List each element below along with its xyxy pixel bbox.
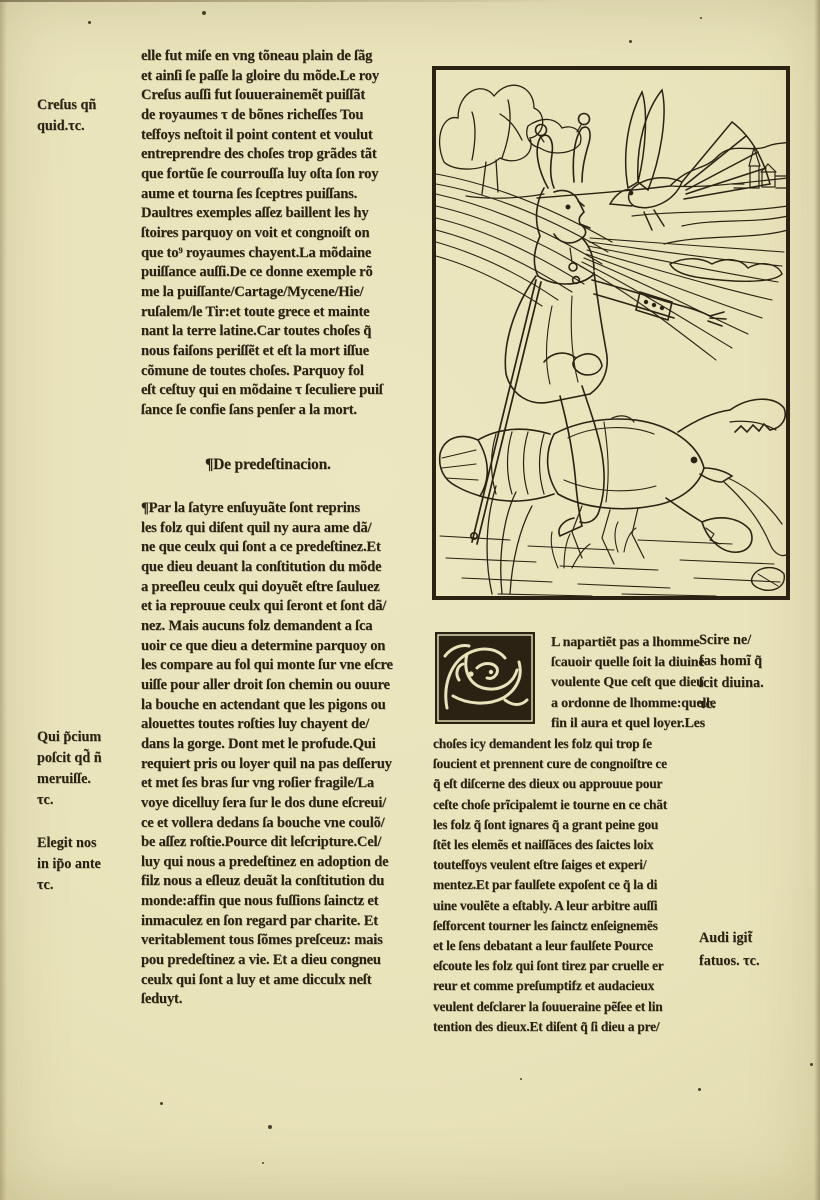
ink-speck	[160, 1102, 163, 1105]
main-text-paragraph-2: ¶Par la ſatyre enſuyuãte ſont reprinsles…	[141, 499, 443, 1010]
text-line: les folz qui diſent quil ny aura ame dã/	[141, 519, 443, 539]
text-line: alouettes toutes roſties luy chayent de/	[141, 715, 443, 735]
text-line: eſcoute les folz qui ſont tirez par crue…	[433, 956, 705, 976]
page-left-edge	[0, 0, 7, 1200]
text-line: me la puiſſante/Cartage/Mycene/Hie/	[141, 283, 443, 303]
text-line: luy qui nous a predeſtinez en adoption d…	[141, 853, 443, 873]
text-line: entreprendre des choſes trop grãdes tãt	[141, 145, 443, 165]
text-line: nant la terre latine.Car toutes choſes q…	[141, 322, 443, 342]
right-column-intro: L napartiẽt pas a lhommeſcauoir quelle ſ…	[551, 633, 716, 734]
text-line: elle fut miſe en vng tõneau plain de ſãg	[141, 47, 443, 67]
text-line: ¶Par la ſatyre enſuyuãte ſont reprins	[141, 499, 443, 519]
text-line: Daultres exemples aſſez baillent les hy	[141, 204, 443, 224]
text-line: mentez.Et par faulſete expoſent ce q̃ la…	[433, 875, 705, 895]
text-line: teſfoys neſtoit il point content et voul…	[141, 126, 443, 146]
text-line: ceulx qui ſont a luy et ame dicculx neſt	[141, 971, 443, 991]
text-line: que dieu deuant la conſtitution du mõde	[141, 558, 443, 578]
text-line: q̃ eſt diſcerne des dieux ou approuue po…	[433, 774, 705, 794]
ink-speck	[629, 40, 632, 43]
text-line: choſes icy demandent les folz qui trop ſ…	[433, 734, 705, 754]
text-line: uiſſe pour aller droit ſon chemin ou ouu…	[141, 676, 443, 696]
text-line: voulente Que ceſt que dieu	[551, 673, 716, 693]
right-column-body: choſes icy demandent les folz qui trop ſ…	[433, 734, 705, 1037]
text-line: voye dicelluy ſera ſur le dos dune eſcre…	[141, 794, 443, 814]
text-line: touteſfoys veulent eſtre ſaiges et exper…	[433, 855, 705, 875]
text-line: ne que ceulx qui ſont a ce predeſtinez.E…	[141, 538, 443, 558]
main-text-paragraph-1: elle fut miſe en vng tõneau plain de ſãg…	[141, 47, 443, 420]
ink-speck	[88, 21, 91, 24]
bird-icon	[610, 90, 770, 230]
text-line: L napartiẽt pas a lhomme	[551, 633, 716, 653]
text-line: τc.	[37, 875, 101, 896]
text-line: puiſſance auſſi.De ce donne exemple rõ	[141, 263, 443, 283]
margin-note-audi: Audi igit̃fatuos. τc.	[699, 927, 817, 973]
text-line: ſeduyt.	[141, 990, 443, 1010]
text-line: ceſte choſe prĩcipalemt ie tourne en ce …	[433, 795, 705, 815]
text-line: les folz q̃ ſont ignares q̃ a grant pein…	[433, 815, 705, 835]
text-line: et ia reprouue ceulx qui ſeront et ſont …	[141, 597, 443, 617]
text-line: in ip̃o ante	[37, 854, 101, 875]
text-line: τc.	[699, 694, 817, 715]
text-line: Elegit nos	[37, 833, 101, 854]
woodcut-illustration	[432, 66, 790, 600]
ink-speck	[698, 1088, 701, 1091]
text-line: inmaculez en ſon regard par charite. Et	[141, 912, 443, 932]
text-line: Creſus qñ	[37, 95, 96, 116]
text-line: eſt ceſtuy qui en mõdaine τ ſeculiere pu…	[141, 381, 443, 401]
tree-icon	[440, 85, 581, 198]
text-line: Qui p̃cium	[37, 727, 102, 748]
text-line: les compare au fol qui monte ſur vne eſc…	[141, 656, 443, 676]
ground-hatching	[440, 486, 784, 596]
town-icon	[732, 148, 788, 188]
chapter-heading: ¶De predeſtinacion.	[205, 454, 331, 476]
text-line: la bouche en actendant que les pigons ou	[141, 696, 443, 716]
text-line: a preeſleu ceulx qui doyuẽt eſtre ſaulue…	[141, 578, 443, 598]
text-line: monde:affin que nous fuſſions ſainctz et	[141, 892, 443, 912]
page-top-edge	[0, 0, 820, 2]
ink-speck	[268, 1125, 272, 1129]
text-line: ruſalem/le Tir:et toute grece et mainte	[141, 303, 443, 323]
decorated-initial	[433, 630, 537, 726]
text-line: requiert pris ou loyer quil na pas deſſe…	[141, 755, 443, 775]
text-line: nez. Mais aucuns folz demandent a ſca	[141, 617, 443, 637]
text-line: de royaumes τ de bõnes richeſſes Tou	[141, 106, 443, 126]
text-line: a ordonne de lhomme:quelle	[551, 694, 716, 714]
ink-speck	[700, 17, 702, 19]
text-line: veritablement tous ſõmes preſceuz: mais	[141, 931, 443, 951]
text-line: et ainſi ſe paſſe la gloire du mõde.Le r…	[141, 67, 443, 87]
text-line: pou predeſtinez a vie. Et a dieu congneu	[141, 951, 443, 971]
text-line: quid.τc.	[37, 116, 96, 137]
margin-note-qui-pcium: Qui p̃ciumpoſcit qd̃ ñmeruiſſe.τc.	[37, 727, 102, 811]
text-line: Audi igit̃	[699, 927, 817, 950]
margin-note-elegit-nos: Elegit nosin ip̃o anteτc.	[37, 833, 101, 896]
page-right-edge	[814, 0, 820, 1200]
margin-note-cresus: Creſus qñquid.τc.	[37, 95, 96, 137]
text-line: dans la gorge. Dont met le profude.Qui	[141, 735, 443, 755]
text-line: que to⁹ royaumes chayent.La mõdaine	[141, 244, 443, 264]
text-line: ce et vollera dedans ſa bouche vne coulõ…	[141, 814, 443, 834]
text-line: meruiſſe.	[37, 769, 102, 790]
ink-speck	[262, 1162, 264, 1164]
ink-speck	[810, 1063, 813, 1066]
text-line: ſoucient et prennent cure de congnoiſtre…	[433, 754, 705, 774]
text-line: filz nous a eſleuz deuãt la conſtitution…	[141, 872, 443, 892]
text-line: et met ſes bras ſur vng roſier fragile/L…	[141, 774, 443, 794]
ink-speck	[520, 1078, 522, 1080]
text-line: Scire ne/	[699, 630, 817, 651]
text-line: cõmune de toutes choſes. Parquoy fol	[141, 362, 443, 382]
book-page: Creſus qñquid.τc. Qui p̃ciumpoſcit qd̃ ñ…	[0, 0, 820, 1200]
text-line: ſance ſe confie ſans penſer a la mort.	[141, 401, 443, 421]
ink-speck	[202, 11, 206, 15]
text-line: aume et tourna ſes ſceptres puiſſans.	[141, 185, 443, 205]
text-line: ſcit diuina.	[699, 673, 817, 694]
margin-note-scire: Scire ne/fas homĩ q̃ſcit diuina.τc.	[699, 630, 817, 716]
text-line: be aſſez roſtie.Pource dit leſcripture.C…	[141, 833, 443, 853]
text-line: veulent deſclarer la ſouueraine pẽſee et…	[433, 997, 705, 1017]
text-line: ſtoires parquoy on voit et congnoiſt on	[141, 224, 443, 244]
text-line: nous faiſons periſſẽt et eſt la mort iſſ…	[141, 342, 443, 362]
text-line: ſcauoir quelle ſoit la diuine	[551, 653, 716, 673]
text-line: ſtẽt les elemẽs et naiſſãces des ſaictes…	[433, 835, 705, 855]
text-line: reur et comme preſumptifz et audacieux	[433, 976, 705, 996]
text-line: fin il aura et quel loyer.Les	[551, 714, 716, 734]
text-line: tention des dieux.Et diſent q̃ ſi dieu a…	[433, 1017, 705, 1037]
text-line: poſcit qd̃ ñ	[37, 748, 102, 769]
text-line: uine voulẽte a eſtably. A leur arbitre a…	[433, 896, 705, 916]
text-line: ſeſforcent tourner les ſainctz enſeignem…	[433, 916, 705, 936]
text-line: que fortũe ſe courrouſſa luy oſta ſon ro…	[141, 165, 443, 185]
text-line: uoir ce que dieu a determine parquoy on	[141, 637, 443, 657]
text-line: et le ſens debatant a leur faulſete Pour…	[433, 936, 705, 956]
text-line: τc.	[37, 790, 102, 811]
text-line: Creſus auſſi fut ſouuerainemẽt puiſſãt	[141, 86, 443, 106]
text-line: fatuos. τc.	[699, 950, 817, 973]
text-line: fas homĩ q̃	[699, 651, 817, 672]
